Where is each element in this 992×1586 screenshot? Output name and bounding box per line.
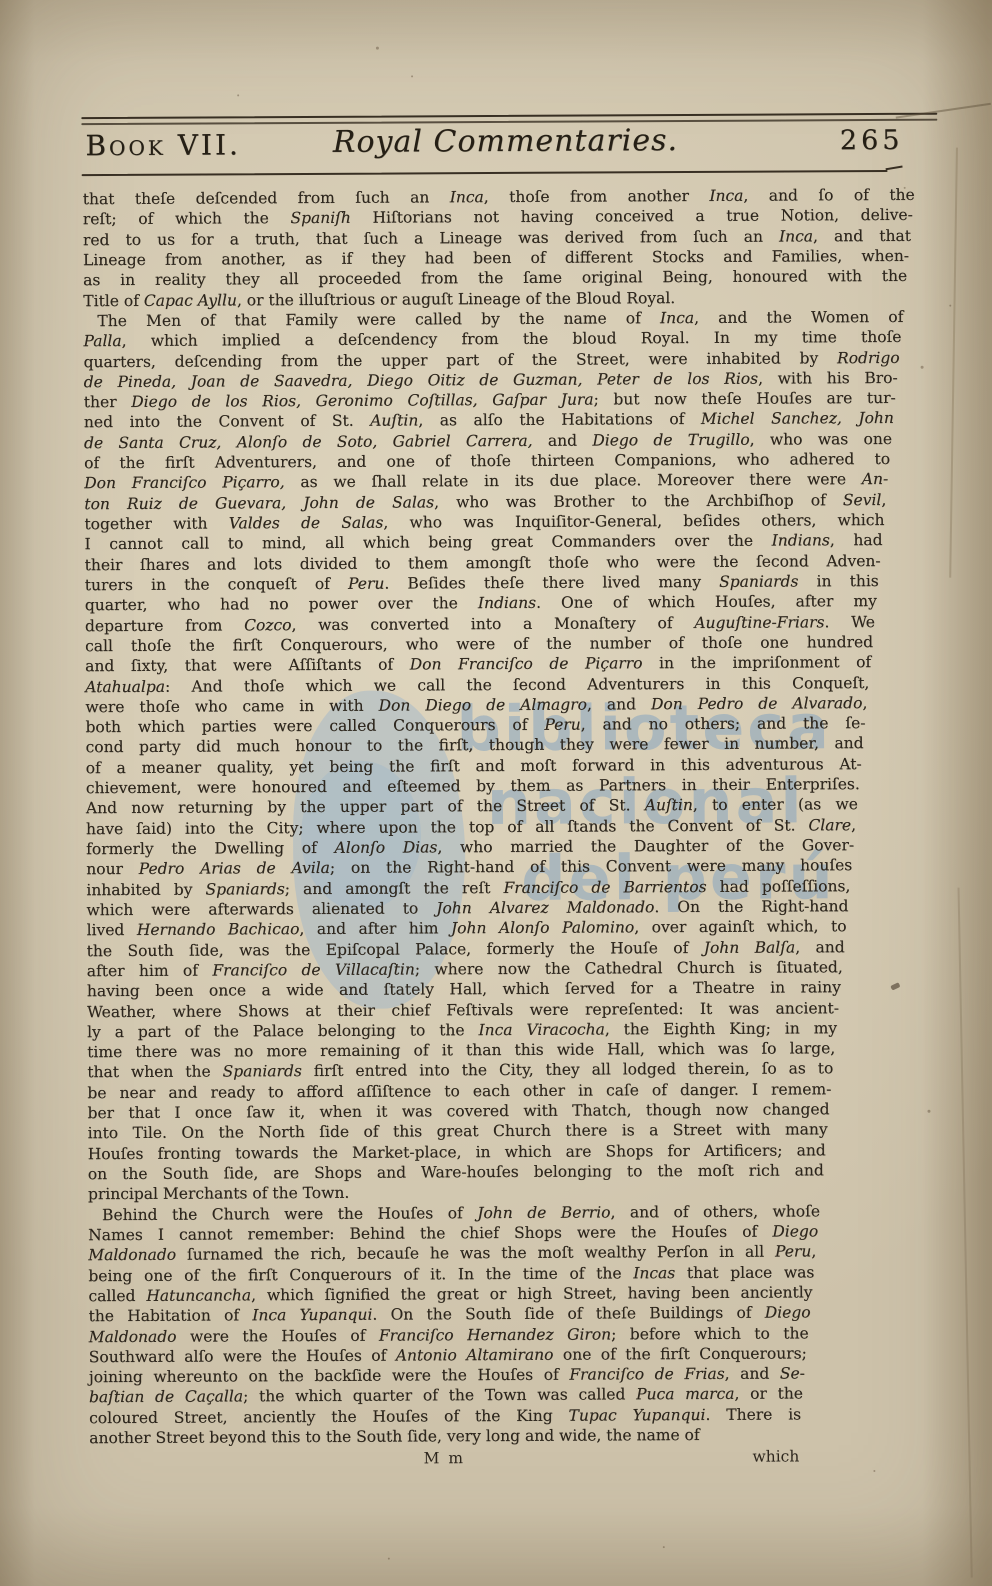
paper-speck — [411, 75, 413, 77]
running-head-title: Royal Commentaries. — [81, 122, 929, 161]
paper-speck — [376, 47, 379, 50]
page-number: 265 — [840, 125, 904, 156]
page-edge-shadow — [949, 148, 957, 578]
paper-speck — [927, 1110, 930, 1113]
page-edge-shadow — [958, 888, 973, 1578]
paper-speck — [904, 187, 906, 189]
footer-line: M m which — [89, 1447, 799, 1475]
text-line: as in reality they all proceeded from th… — [83, 266, 907, 291]
paper-speck — [873, 1470, 875, 1472]
book-page-scan: biblioteca nacional del perú Book VII. R… — [0, 0, 992, 1586]
signature-mark: M m — [89, 1447, 799, 1469]
paper-speck — [949, 305, 951, 307]
paper-speck — [237, 94, 239, 96]
body-text: that theſe deſcended from ſuch an Inca, … — [83, 185, 922, 1449]
paper-speck — [663, 1546, 665, 1548]
paper-speck — [388, 1558, 390, 1560]
paper-speck — [921, 366, 924, 369]
header-rule-top — [81, 113, 937, 119]
header-rule-bottom — [82, 170, 888, 176]
paper-crease — [896, 103, 991, 118]
text-line: on the South ſide, are Shops and Ware-ho… — [88, 1160, 824, 1184]
text-line: another Street beyond this to the South … — [89, 1424, 799, 1448]
catchword: which — [752, 1447, 799, 1465]
page-content: biblioteca nacional del perú Book VII. R… — [0, 0, 992, 1586]
